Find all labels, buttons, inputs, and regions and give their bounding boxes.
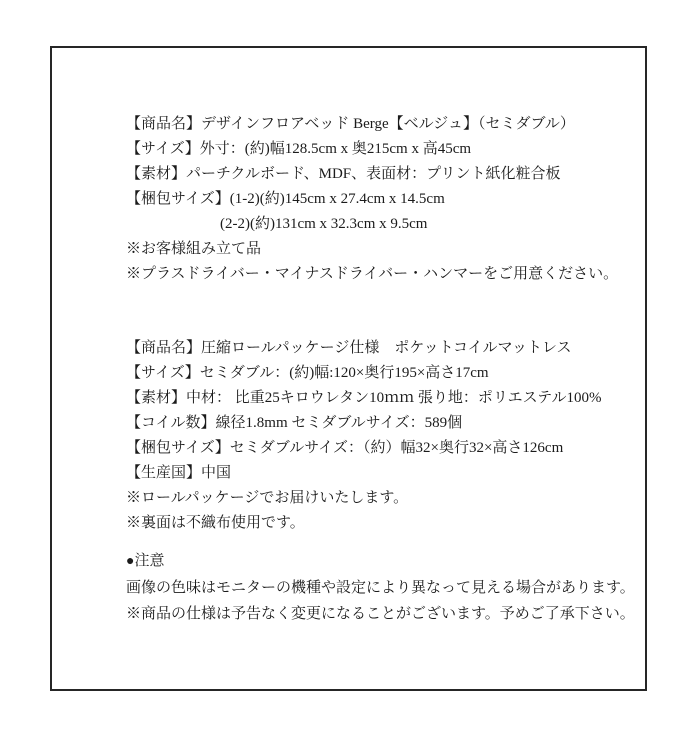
bed-note-tools: ※プラスドライバー・マイナスドライバー・ハンマーをご用意ください。 — [126, 262, 618, 287]
mattress-spec-section: 【商品名】圧縮ロールパッケージ仕様 ポケットコイルマットレス 【サイズ】セミダブ… — [126, 336, 602, 536]
bed-product-name-line: 【商品名】デザインフロアベッド Berge【ベルジュ】（セミダブル） — [126, 112, 618, 137]
notice-heading: ●注意 — [126, 548, 635, 575]
bed-package-size-line-2: (2-2)(約)131cm x 32.3cm x 9.5cm — [220, 212, 618, 237]
notice-title: 注意 — [134, 553, 164, 569]
mattress-package-size-line: 【梱包サイズ】セミダブルサイズ：（約）幅32×奥行32×高さ126cm — [126, 436, 602, 461]
notice-spec-change-line: ※商品の仕様は予告なく変更になることがございます。予めご了承下さい。 — [126, 601, 635, 627]
mattress-material-line: 【素材】中材： 比重25キロウレタン10ｍｍ 張り地：ポリエステル100% — [126, 386, 602, 411]
mattress-size-line: 【サイズ】セミダブル：(約)幅:120×奥行195×高さ17cm — [126, 361, 602, 386]
mattress-note-back-fabric: ※裏面は不織布使用です。 — [126, 511, 602, 536]
bed-note-assembly: ※お客様組み立て品 — [126, 237, 618, 262]
mattress-country-line: 【生産国】中国 — [126, 461, 602, 486]
bed-spec-section: 【商品名】デザインフロアベッド Berge【ベルジュ】（セミダブル） 【サイズ】… — [126, 112, 618, 287]
notice-section: ●注意 画像の色味はモニターの機種や設定により異なって見える場合があります。 ※… — [126, 548, 635, 627]
mattress-coil-count-line: 【コイル数】線径1.8mm セミダブルサイズ：589個 — [126, 411, 602, 436]
mattress-product-name-line: 【商品名】圧縮ロールパッケージ仕様 ポケットコイルマットレス — [126, 336, 602, 361]
product-spec-document: { "page": { "background_color": "#ffffff… — [0, 0, 700, 750]
bed-package-size-line-1: 【梱包サイズ】(1-2)(約)145cm x 27.4cm x 14.5cm — [126, 187, 618, 212]
notice-monitor-line: 画像の色味はモニターの機種や設定により異なって見える場合があります。 — [126, 575, 635, 601]
bed-material-line: 【素材】パーチクルボード、MDF、表面材：プリント紙化粧合板 — [126, 162, 618, 187]
bed-size-line: 【サイズ】外寸：(約)幅128.5cm x 奥215cm x 高45cm — [126, 137, 618, 162]
mattress-note-roll-package: ※ロールパッケージでお届けいたします。 — [126, 486, 602, 511]
